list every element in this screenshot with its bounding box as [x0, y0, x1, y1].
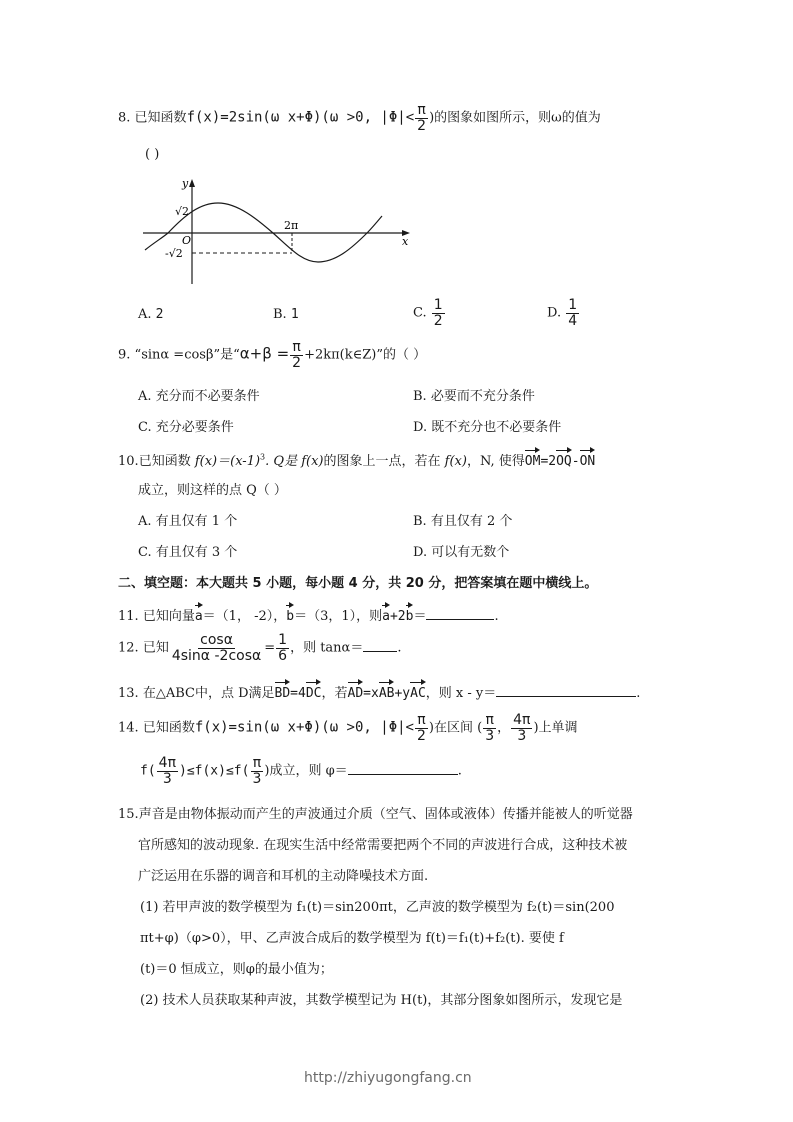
y-axis-label: y	[181, 177, 189, 190]
option-letter: B.	[413, 389, 427, 404]
option-text: 1	[291, 307, 299, 322]
question-number: 13.	[118, 686, 139, 701]
part-1-line: πt+φ)（φ>0），甲、乙声波合成后的数学模型为 f(t)＝f₁(t)+f₂(…	[140, 927, 564, 946]
function-expression: f(x)	[445, 454, 467, 469]
math-operator: -	[572, 454, 580, 469]
option-b: B. 1	[273, 307, 299, 322]
option-fraction: 12	[432, 298, 445, 328]
question-number: 11.	[118, 609, 139, 624]
option-a: A. 充分而不必要条件	[138, 385, 260, 404]
math-operator: =2	[540, 454, 556, 469]
math-operator: =	[264, 641, 275, 656]
question-text: ＝（3，1），则	[294, 609, 382, 624]
question-13: 13. 在△ABC中，点 D满足BD=4DC，若AD=xAB+yAC，则 x -…	[118, 680, 640, 701]
vector-b: b	[406, 603, 414, 624]
option-letter: C.	[138, 420, 152, 435]
answer-paren: ( )	[145, 147, 159, 162]
math-operator: +2	[390, 609, 406, 624]
function-expression: f(	[140, 764, 156, 779]
question-number: 9.	[118, 348, 130, 363]
punctuation: .	[494, 609, 498, 624]
option-b: B. 有且仅有 2 个	[413, 510, 512, 529]
option-letter: D.	[547, 306, 561, 321]
question-11: 11. 已知向量a＝（1， -2），b＝（3，1），则a+2b＝.	[118, 603, 499, 624]
question-text: )成立，则 φ＝	[264, 764, 347, 779]
question-text: . Q是	[265, 454, 297, 469]
x-axis-label: x	[402, 235, 409, 248]
paragraph-line: 官所感知的波动现象. 在现实生活中经常需要把两个不同的声波进行合成，这种技术被	[138, 834, 627, 853]
part-1-line: (1) 若甲声波的数学模型为 f₁(t)＝sin200πt，乙声波的数学模型为 …	[140, 896, 614, 915]
question-14: 14. 已知函数f(x)=sin(ω x+Φ)(ω >0, |Φ|<π2)在区间…	[118, 713, 578, 743]
option-text: 充分必要条件	[156, 420, 234, 435]
answer-blank[interactable]	[496, 684, 636, 697]
question-9: 9. “sinα =cosβ”是“α+β =π2+2kπ(k∈Z)”的（ ）	[118, 340, 426, 370]
question-text: 已知函数	[143, 721, 195, 736]
option-d: D. 既不充分也不必要条件	[413, 416, 561, 435]
vector-ac: AC	[410, 680, 426, 701]
option-letter: D.	[413, 420, 427, 435]
fraction-expression: cosα4sinα -2cosα	[170, 633, 263, 663]
fraction-one-sixth: 16	[276, 633, 289, 663]
option-letter: B.	[413, 514, 427, 529]
option-letter: D.	[413, 545, 427, 560]
option-letter: C.	[138, 545, 152, 560]
vector-om: OM	[525, 448, 541, 469]
math-operator: =4	[290, 686, 306, 701]
origin-label: O	[182, 234, 191, 247]
answer-blank[interactable]	[363, 639, 397, 652]
vector-b: b	[286, 603, 294, 624]
question-text: ，N, 使得	[467, 454, 525, 469]
option-letter: A.	[138, 514, 152, 529]
footer-url[interactable]: http://zhiyugongfang.cn	[304, 1070, 472, 1086]
question-text: 已知	[143, 641, 169, 656]
part-2-line: (2) 技术人员获取某种声波，其数学模型记为 H(t)，其部分图象如图所示，发现…	[140, 989, 622, 1008]
fraction-pi-over-3: π3	[250, 756, 263, 786]
question-text: 已知函数	[139, 454, 191, 469]
tick-2pi: 2π	[284, 219, 298, 232]
question-text: ，若	[321, 686, 347, 701]
fraction-4pi-over-3: 4π3	[157, 756, 178, 786]
option-d: D. 14	[547, 298, 580, 328]
fraction-pi-over-2: π2	[415, 713, 428, 743]
option-letter: C.	[413, 306, 427, 321]
option-a: A. 有且仅有 1 个	[138, 510, 237, 529]
function-expression: )≤f(x)≤f(	[179, 764, 249, 779]
question-15: 15.声音是由物体振动而产生的声波通过介质（空气、固体或液体）传播并能被人的听觉…	[118, 803, 633, 822]
function-expression: f(x)	[301, 454, 323, 469]
question-text: 在△ABC中，点 D满足	[143, 686, 275, 701]
vector-dc: DC	[306, 680, 322, 701]
paragraph-line: 声音是由物体振动而产生的声波通过介质（空气、固体或液体）传播并能被人的听觉器	[139, 807, 633, 822]
question-10-line2: 成立，则这样的点 Q（ ）	[138, 479, 287, 498]
function-expression: f(x)=sin(ω x+Φ)(ω >0, |Φ|<	[195, 720, 414, 736]
fraction-pi-over-3: π3	[483, 713, 496, 743]
vector-a: a	[382, 603, 390, 624]
option-text: 既不充分也不必要条件	[431, 420, 561, 435]
question-text: ＝（1， -2），	[203, 609, 287, 624]
option-letter: B.	[273, 307, 287, 322]
question-text: )上单调	[533, 721, 577, 736]
math-operator: =x	[363, 686, 379, 701]
option-text: 2	[156, 307, 164, 322]
answer-blank[interactable]	[348, 762, 458, 775]
question-text: “sinα =cosβ”是“	[135, 348, 240, 363]
option-letter: A.	[138, 389, 152, 404]
section-heading: 二、填空题：本大题共 5 小题，每小题 4 分，共 20 分，把答案填在题中横线…	[118, 572, 597, 591]
vector-ab: AB	[379, 680, 395, 701]
option-text: 有且仅有 3 个	[156, 545, 238, 560]
punctuation: .	[636, 686, 640, 701]
option-text: 有且仅有 2 个	[431, 514, 513, 529]
function-expression: f(x)＝(x-1)	[195, 454, 260, 469]
math-operator: ＝	[413, 609, 426, 624]
fraction-pi-over-2: π2	[415, 103, 428, 133]
question-number: 8.	[118, 111, 130, 126]
option-c: C. 12	[413, 298, 446, 328]
tick-sqrt2: √2	[175, 205, 189, 218]
function-expression: f(x)=2sin(ω x+Φ)(ω >0, |Φ|<	[187, 110, 415, 126]
question-number: 15.	[118, 807, 139, 822]
question-number: 14.	[118, 721, 139, 736]
answer-blank[interactable]	[426, 607, 494, 620]
fraction-pi-over-2: π2	[290, 340, 303, 370]
punctuation: .	[397, 641, 401, 656]
vector-ad: AD	[348, 680, 364, 701]
option-text: 充分而不必要条件	[156, 389, 260, 404]
punctuation: ，	[497, 721, 510, 736]
question-10: 10.已知函数 f(x)＝(x-1)3. Q是 f(x)的图象上一点，若在 f(…	[118, 448, 595, 469]
part-1-line: (t)＝0 恒成立，则φ的最小值为；	[140, 958, 333, 977]
question-text: 的图象上一点，若在	[324, 454, 441, 469]
question-14-line2: f(4π3)≤f(x)≤f(π3)成立，则 φ＝.	[140, 756, 462, 786]
option-c: C. 充分必要条件	[138, 416, 234, 435]
math-expression: α+β =	[240, 345, 289, 363]
sine-graph: y x O √2 -√2 2π	[135, 172, 425, 287]
question-text: )在区间 (	[429, 721, 482, 736]
question-text: ，则 tanα＝	[290, 641, 363, 656]
option-text: 可以有无数个	[431, 545, 509, 560]
vector-oq: OQ	[556, 448, 572, 469]
option-a: A. 2	[138, 307, 164, 322]
option-b: B. 必要而不充分条件	[413, 385, 535, 404]
question-text: ，则 x - y＝	[426, 686, 496, 701]
vector-on: ON	[580, 448, 596, 469]
punctuation: .	[458, 764, 462, 779]
option-text: 有且仅有 1 个	[156, 514, 238, 529]
tick-neg-sqrt2: -√2	[165, 247, 183, 260]
option-text: 必要而不充分条件	[431, 389, 535, 404]
question-number: 10.	[118, 454, 139, 469]
paragraph-line: 广泛运用在乐器的调音和耳机的主动降噪技术方面.	[138, 865, 428, 884]
question-text: 已知函数	[135, 111, 187, 126]
question-text: 已知向量	[143, 609, 195, 624]
option-d: D. 可以有无数个	[413, 541, 509, 560]
question-12: 12. 已知cosα4sinα -2cosα=16，则 tanα＝.	[118, 633, 401, 663]
math-operator: +y	[394, 686, 410, 701]
question-number: 12.	[118, 641, 139, 656]
option-c: C. 有且仅有 3 个	[138, 541, 237, 560]
vector-a: a	[195, 603, 203, 624]
question-text-tail: +2kπ(k∈Z)”的（ ）	[304, 348, 426, 363]
vector-bd: BD	[275, 680, 291, 701]
option-fraction: 14	[566, 298, 579, 328]
fraction-4pi-over-3: 4π3	[511, 713, 532, 743]
option-letter: A.	[138, 307, 152, 322]
question-8: 8. 已知函数f(x)=2sin(ω x+Φ)(ω >0, |Φ|<π2)的图象…	[118, 103, 601, 133]
question-text-tail: )的图象如图所示，则ω的值为	[429, 111, 601, 126]
